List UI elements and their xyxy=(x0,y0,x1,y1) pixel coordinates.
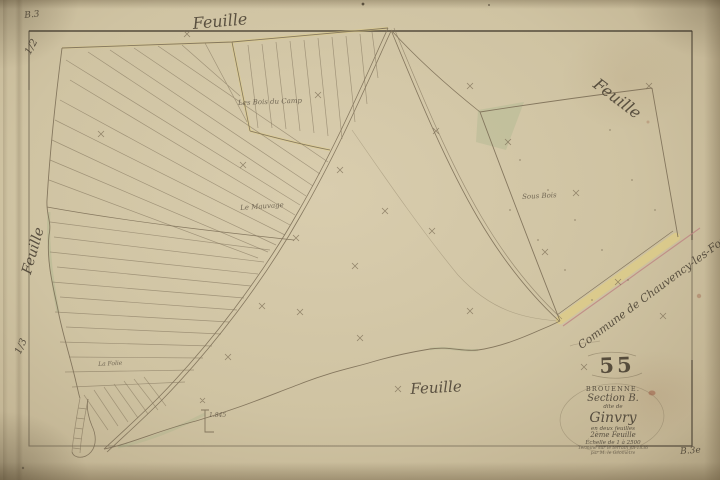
cartouche-section: Section B. xyxy=(558,393,668,404)
cartouche-survey-line2: par M. le Géomètre xyxy=(558,451,668,456)
neatline xyxy=(29,31,692,446)
cartouche-place: Ginvry xyxy=(558,411,668,427)
field-name-la-folie: La Folie xyxy=(98,361,123,368)
benchmark-value: 1.845 xyxy=(209,413,226,419)
sheet-ref-bottom-right: B.3e xyxy=(680,447,701,457)
plate-number: 55 xyxy=(599,354,635,376)
feuille-label-top: Feuille xyxy=(192,11,248,32)
cartouche-commune: BROUENNE. xyxy=(558,386,668,393)
feuille-label-bottom: Feuille xyxy=(410,379,462,397)
sheet-ref-top-left: B.3 xyxy=(24,10,40,21)
map-cartouche: BROUENNE. Section B. dite de Ginvry en d… xyxy=(558,386,668,456)
cadastral-map-sheet: B.3 1/2 Feuille Feuille Feuille 1/3 Feui… xyxy=(0,0,720,480)
